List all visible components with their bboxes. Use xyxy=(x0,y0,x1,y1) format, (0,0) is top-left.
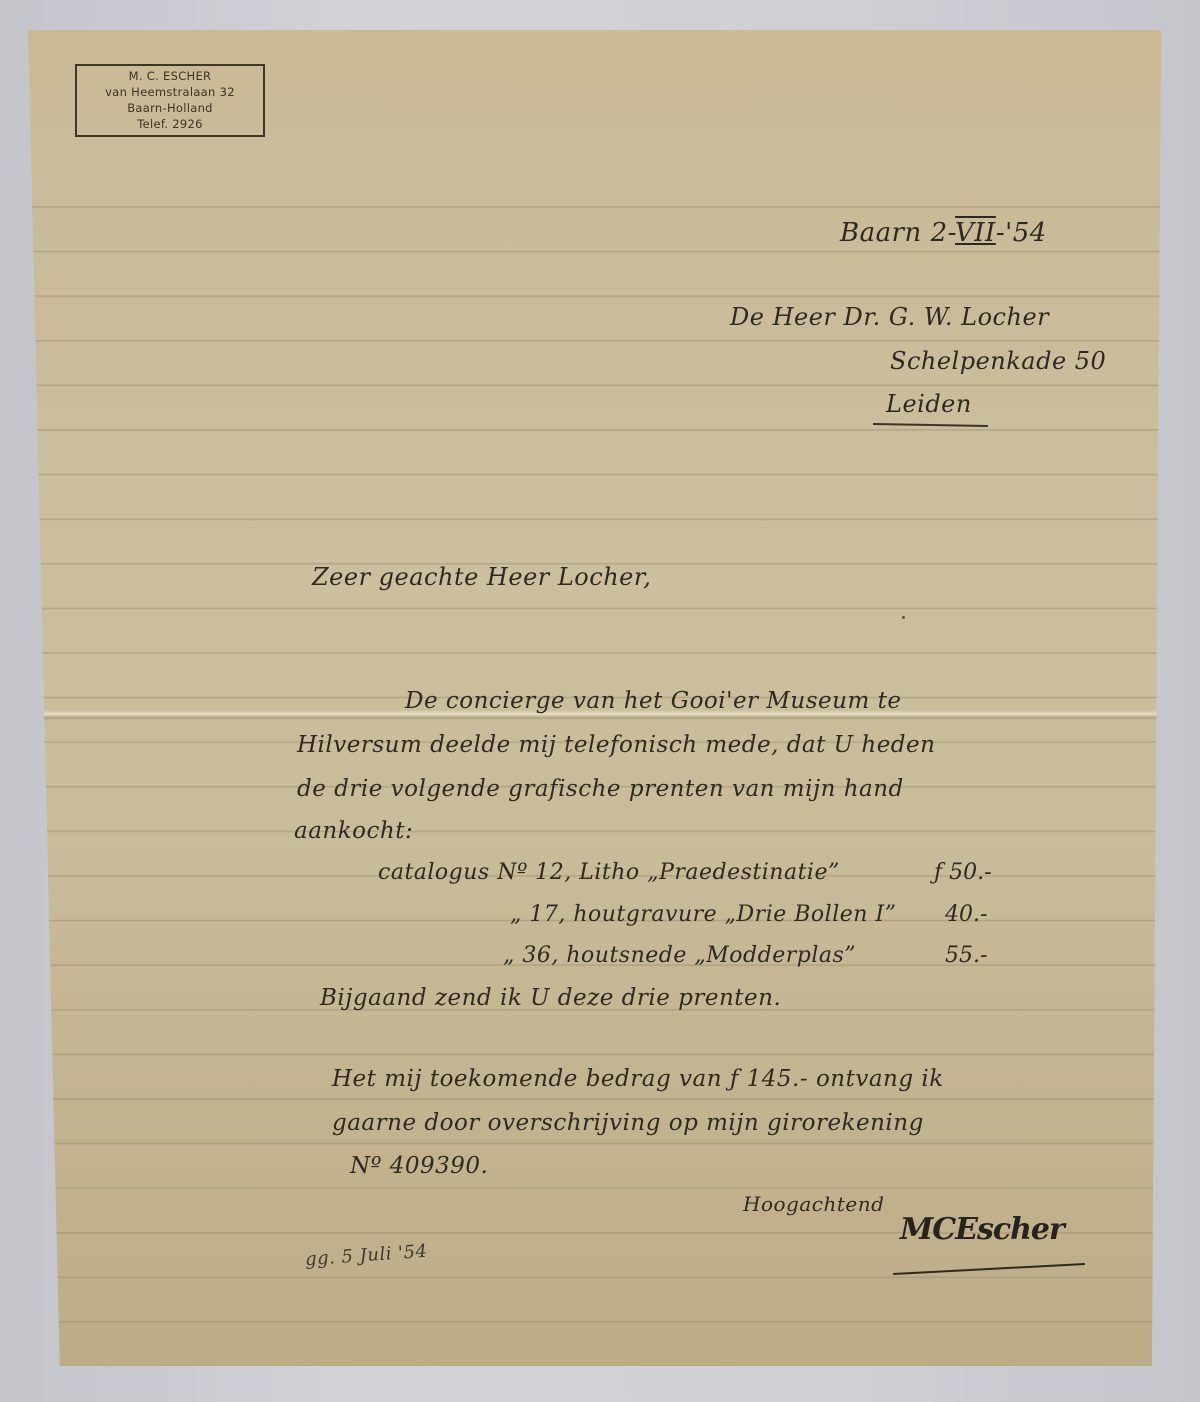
body-line-3: de drie volgende grafische prenten van m… xyxy=(297,776,904,802)
payment-line-3: Nº 409390. xyxy=(350,1153,488,1179)
catalogue-price-36: 55.- xyxy=(945,943,987,968)
catalogue-price-17: 40.- xyxy=(945,902,987,927)
payment-line-2: gaarne door overschrijving op mijn giror… xyxy=(332,1110,924,1136)
payment-line-1: Het mij toekomende bedrag van ƒ 145.- on… xyxy=(332,1066,944,1092)
date-year: -'54 xyxy=(996,218,1047,248)
date-place: Baarn xyxy=(840,218,922,248)
recipient-name: De Heer Dr. G. W. Locher xyxy=(730,303,1049,331)
recipient-city: Leiden xyxy=(886,390,972,418)
letter-date: Baarn 2-VII-'54 xyxy=(840,218,1047,248)
body-line-4: aankocht: xyxy=(294,818,413,844)
catalogue-item-17: „ 17, houtgravure „Drie Bollen I” xyxy=(510,902,896,927)
body-line-1: De concierge van het Gooi'er Museum te xyxy=(405,688,901,714)
date-day: 2- xyxy=(931,218,955,248)
catalogue-item-12: catalogus Nº 12, Litho „Praedestinatie” xyxy=(378,860,840,885)
letterhead-city: Baarn-Holland xyxy=(77,100,263,116)
closing: Hoogachtend xyxy=(743,1192,884,1216)
catalogue-price-12: ƒ 50.- xyxy=(934,860,992,885)
body-line-2: Hilversum deelde mij telefonisch mede, d… xyxy=(297,732,935,758)
letterhead-phone: Telef. 2926 xyxy=(77,116,263,132)
recipient-street: Schelpenkade 50 xyxy=(890,347,1106,375)
ink-dot xyxy=(902,616,905,619)
letterhead-street: van Heemstralaan 32 xyxy=(77,84,263,100)
catalogue-item-36: „ 36, houtsnede „Modderplas” xyxy=(503,943,856,968)
enclosure-line: Bijgaand zend ik U deze drie prenten. xyxy=(320,985,781,1011)
signature: MCEscher xyxy=(900,1212,1064,1247)
letterhead-name: M. C. ESCHER xyxy=(77,68,263,84)
letterhead-stamp: M. C. ESCHER van Heemstralaan 32 Baarn-H… xyxy=(75,64,265,137)
date-month: VII xyxy=(955,218,996,248)
salutation: Zeer geachte Heer Locher, xyxy=(312,563,651,591)
